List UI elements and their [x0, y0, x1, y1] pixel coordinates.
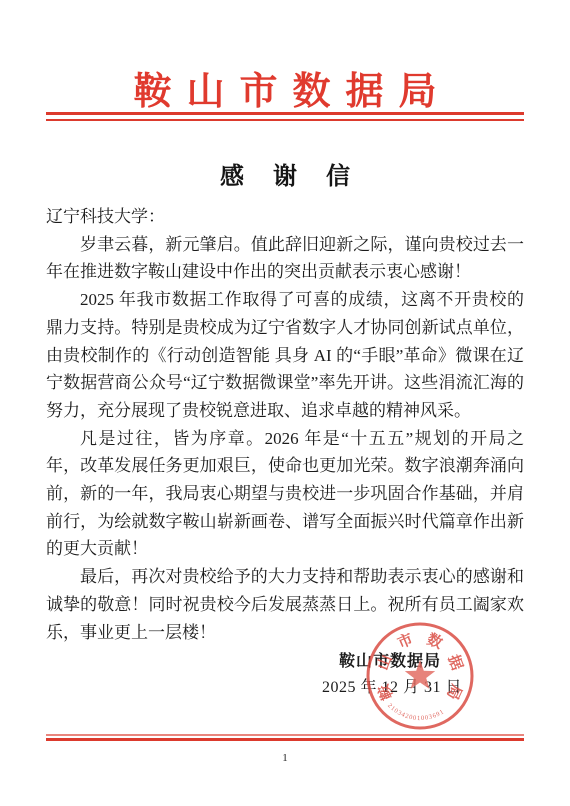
seal-org-char: 局 — [443, 681, 465, 702]
footer-rule-thin — [46, 734, 524, 736]
letter-title: 感谢信 — [0, 156, 570, 191]
seal-serial: 210342001003691 — [386, 702, 446, 722]
page-number: 1 — [0, 752, 570, 764]
letterhead-org-name: 鞍山市数据局 — [0, 60, 570, 115]
seal-org-char: 市 — [395, 630, 416, 652]
seal-org-char: 据 — [444, 651, 467, 672]
letter-salutation: 辽宁科技大学： — [46, 203, 524, 231]
seal-org-char: 鞍 — [375, 681, 397, 703]
footer-rule-thick — [46, 738, 524, 741]
official-seal: 鞍 山 市 数 据 局 210342001003691 — [363, 619, 477, 733]
letterhead-rule-thin — [46, 119, 524, 121]
letter-paragraph: 凡是过往，皆为序章。2026 年是“十五五”规划的开局之年，改革发展任务更加艰巨… — [46, 425, 524, 564]
letter-page: 鞍山市数据局 感谢信 辽宁科技大学： 岁聿云暮，新元肇启。值此辞旧迎新之际，谨向… — [0, 0, 570, 806]
letter-body: 辽宁科技大学： 岁聿云暮，新元肇启。值此辞旧迎新之际，谨向贵校过去一年在推进数字… — [46, 203, 524, 646]
letterhead-rule-thick — [46, 112, 524, 115]
seal-org-char: 数 — [424, 630, 445, 652]
seal-star-icon — [405, 660, 435, 689]
letter-paragraph: 岁聿云暮，新元肇启。值此辞旧迎新之际，谨向贵校过去一年在推进数字鞍山建设中作出的… — [46, 231, 524, 286]
letter-paragraph: 2025 年我市数据工作取得了可喜的成绩，这离不开贵校的鼎力支持。特别是贵校成为… — [46, 286, 524, 425]
seal-org-char: 山 — [374, 653, 395, 673]
